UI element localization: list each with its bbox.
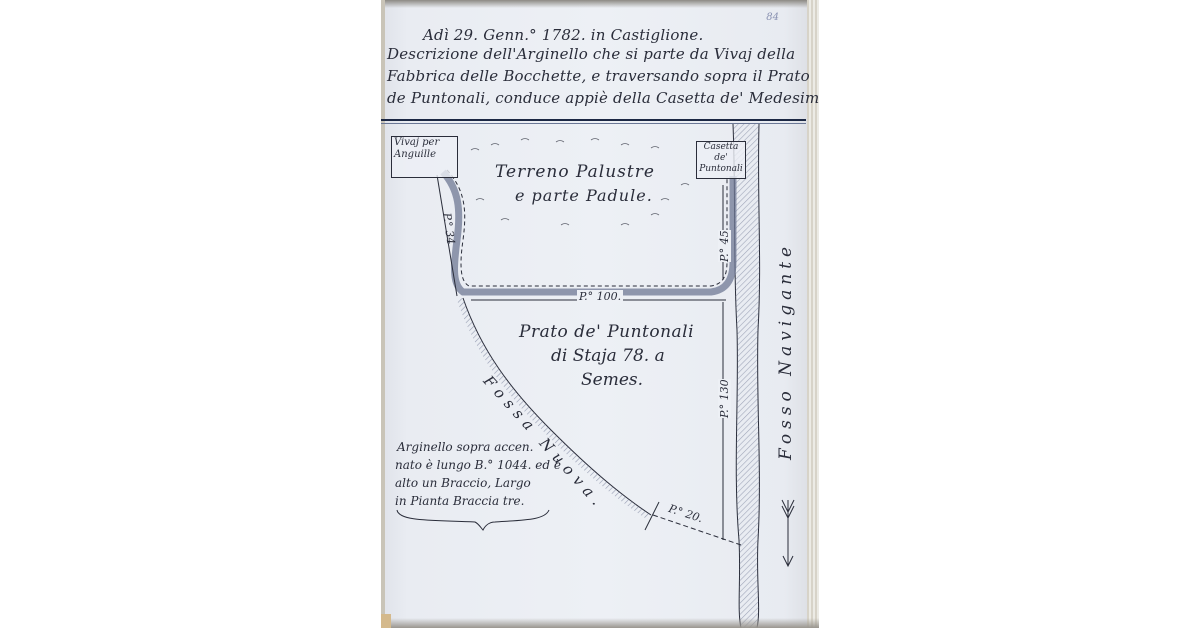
measure-right-top-label: P.° 45 [718, 230, 731, 262]
meadow-label-line-2: di Staja 78. a [551, 346, 665, 366]
vivai-label-line-2: Anguille [394, 149, 457, 161]
note-line-3: alto un Braccio, Largo [395, 476, 531, 490]
map-drawing [381, 0, 819, 628]
marsh-label-line-2: e parte Padule. [515, 186, 653, 205]
casetta-de-puntonali-box: Casetta de' Puntonali [696, 141, 746, 179]
meadow-label-line-1: Prato de' Puntonali [519, 322, 694, 342]
marsh-label-line-1: Terreno Palustre [495, 162, 655, 182]
note-brace [395, 508, 555, 532]
note-line-4: in Pianta Braccia tre. [395, 494, 524, 508]
measure-bottom-label: P.° 100. [577, 290, 623, 303]
casetta-label-line-1: Casetta [697, 142, 745, 153]
page-tab [381, 614, 391, 628]
vivai-per-anguille-box: Vivaj per Anguille [391, 136, 458, 178]
page-bottom-shadow [381, 618, 819, 628]
measure-right-long-label: P.° 130 [718, 379, 731, 418]
casetta-label-line-2: de' [697, 153, 745, 164]
note-line-2: nato è lungo B.° 1044. ed è [395, 458, 561, 472]
vivai-label-line-1: Vivaj per [394, 137, 457, 149]
meadow-label-line-3: Semes. [581, 370, 643, 390]
manuscript-page: 84 Adì 29. Genn.° 1782. in Castiglione. … [381, 0, 819, 628]
note-line-1: Arginello sopra accen. [397, 440, 533, 454]
casetta-label-line-3: Puntonali [697, 164, 745, 175]
fosso-navigante-label: Fosso Navigante [776, 242, 796, 460]
